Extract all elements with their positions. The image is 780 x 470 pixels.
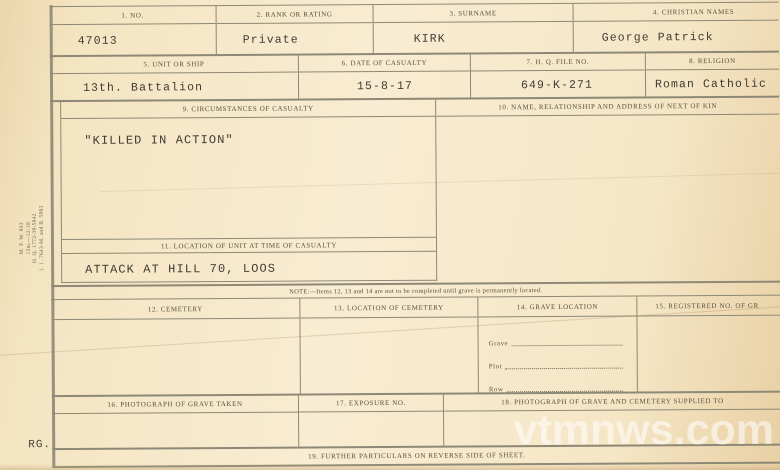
- location-of-unit-label: 11. LOCATION OF UNIT AT TIME OF CASUALTY: [161, 241, 337, 250]
- cell-religion: 8. RELIGION Roman Catholic: [646, 53, 779, 97]
- surname-label: 3. SURNAME: [449, 9, 496, 17]
- no-value: 47013: [78, 35, 118, 48]
- casualty-form-sheet: 1. NO. 47013 2. RANK OR RATING Private 3…: [0, 0, 780, 470]
- cemetery-label: 12. CEMETERY: [148, 305, 203, 313]
- location-of-cemetery-label: 13. LOCATION OF CEMETERY: [334, 303, 444, 312]
- christian-names-value: George Patrick: [602, 31, 714, 45]
- grave-line-row-label: Row: [489, 386, 504, 392]
- grave-line-plot-leader: [505, 362, 623, 370]
- margin-form-number: M. F. W. 843 15m.—12-18 H. Q. 1772-39-58…: [19, 172, 48, 304]
- exposure-no-label: 17. EXPOSURE NO.: [336, 399, 406, 407]
- footer-label: 19. FURTHER PARTICULARS ON REVERSE SIDE …: [308, 451, 525, 460]
- registered-no-label: 15. REGISTERED NO. OF GR: [655, 301, 759, 310]
- no-label: 1. NO.: [121, 11, 144, 19]
- grave-line-row-leader: [507, 385, 623, 393]
- cell-hq-file-no: 7. H. Q. FILE NO. 649-K-271: [471, 53, 646, 97]
- row-circumstances: 9. CIRCUMSTANCES OF CASUALTY "KILLED IN …: [50, 98, 780, 285]
- section-circumstances: 9. CIRCUMSTANCES OF CASUALTY "KILLED IN …: [60, 100, 437, 283]
- unit-label: 5. UNIT OR SHIP: [143, 60, 204, 68]
- grave-line-grave-leader: [511, 339, 622, 347]
- grave-line-row: Row: [479, 369, 637, 392]
- grave-line-plot: Plot: [479, 346, 637, 370]
- rg-stamp: RG.: [28, 439, 51, 451]
- date-of-casualty-value: 15-8-17: [357, 80, 413, 93]
- row-unit: 5. UNIT OR SHIP 13th. Battalion 6. DATE …: [50, 53, 779, 102]
- cell-grave-location: 14. GRAVE LOCATION Grave Plot Row: [478, 296, 638, 392]
- unit-value: 13th. Battalion: [83, 81, 203, 95]
- section-location-of-unit: 11. LOCATION OF UNIT AT TIME OF CASUALTY: [62, 237, 436, 254]
- cell-rank: 2. RANK OR RATING Private: [217, 5, 374, 54]
- cell-no: 1. NO. 47013: [50, 6, 217, 55]
- grave-line-grave-label: Grave: [489, 340, 509, 347]
- cell-registered-no: 15. REGISTERED NO. OF GR: [637, 296, 780, 392]
- surname-value: KIRK: [414, 33, 446, 46]
- cell-exposure-no: 17. EXPOSURE NO.: [299, 395, 444, 447]
- row-cemetery: 12. CEMETERY 13. LOCATION OF CEMETERY 14…: [51, 296, 780, 397]
- circumstances-value: "KILLED IN ACTION": [84, 133, 234, 148]
- religion-value: Roman Catholic: [655, 78, 767, 92]
- hq-file-no-label: 7. H. Q. FILE NO.: [527, 58, 590, 66]
- next-of-kin-label: 10. NAME, RELATIONSHIP AND ADDRESS OF NE…: [498, 102, 717, 111]
- cell-christian-names: 4. CHRISTIAN NAMES George Patrick: [574, 3, 779, 52]
- cell-date-of-casualty: 6. DATE OF CASUALTY 15-8-17: [299, 55, 471, 99]
- rank-value: Private: [243, 34, 299, 47]
- grave-line-plot-label: Plot: [489, 363, 502, 370]
- margin-line-4: 1. 1. 7643-M. and B. 5903: [38, 172, 45, 304]
- cell-location-of-cemetery: 13. LOCATION OF CEMETERY: [300, 297, 479, 393]
- row-identity: 1. NO. 47013 2. RANK OR RATING Private 3…: [50, 2, 779, 57]
- hq-file-no-value: 649-K-271: [521, 79, 593, 92]
- note-text: NOTE:—Items 12, 13 and 14 are not to be …: [289, 287, 542, 296]
- cell-surname: 3. SURNAME KIRK: [374, 4, 574, 53]
- rank-label: 2. RANK OR RATING: [257, 10, 333, 18]
- cell-photo-taken: 16. PHOTOGRAPH OF GRAVE TAKEN: [52, 396, 299, 449]
- cell-cemetery: 12. CEMETERY: [51, 299, 301, 396]
- grave-line-grave: Grave: [478, 323, 636, 347]
- religion-label: 8. RELIGION: [689, 57, 736, 65]
- photo-taken-label: 16. PHOTOGRAPH OF GRAVE TAKEN: [107, 400, 242, 409]
- grave-location-label: 14. GRAVE LOCATION: [517, 302, 598, 310]
- date-of-casualty-label: 6. DATE OF CASUALTY: [342, 59, 427, 68]
- watermark: vtmnws.com: [514, 406, 774, 455]
- cell-unit: 5. UNIT OR SHIP 13th. Battalion: [50, 56, 299, 101]
- form-layer: 1. NO. 47013 2. RANK OR RATING Private 3…: [0, 0, 780, 470]
- photo-supplied-label: 18. PHOTOGRAPH OF GRAVE AND CEMETERY SUP…: [501, 397, 724, 406]
- circumstances-label: 9. CIRCUMSTANCES OF CASUALTY: [183, 104, 314, 113]
- christian-names-label: 4. CHRISTIAN NAMES: [653, 7, 734, 15]
- grave-location-lines: Grave Plot Row: [478, 323, 636, 392]
- section-next-of-kin: 10. NAME, RELATIONSHIP AND ADDRESS OF NE…: [436, 98, 780, 283]
- location-of-unit-value: ATTACK AT HILL 70, LOOS: [85, 262, 276, 277]
